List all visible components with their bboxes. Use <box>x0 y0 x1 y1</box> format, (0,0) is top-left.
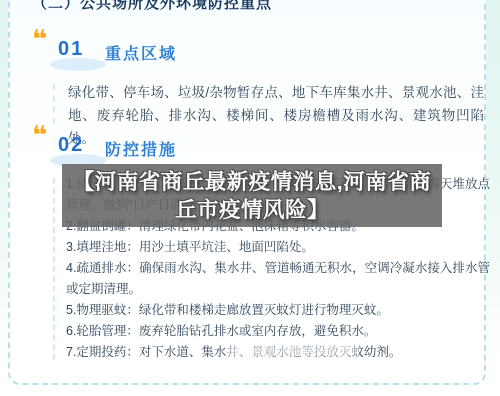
overlay-text-line: 丘市疫情风险】 <box>175 196 329 224</box>
section-number-02: 02 <box>58 134 84 157</box>
list-item: 5.物理驱蚊：绿化带和楼梯走廊放置灭蚊灯进行物理灭蚊。 <box>66 300 490 321</box>
page-title: （二）公共场所及外环境防控重点 <box>32 0 272 13</box>
paragraph-divider-line <box>53 178 55 360</box>
section-title-key-areas: 重点区域 <box>105 41 177 64</box>
section-title-control-measures: 防控措施 <box>105 137 177 160</box>
news-headline-overlay[interactable]: 【河南省商丘最新疫情消息,河南省商 丘市疫情风险】 <box>62 164 442 227</box>
quote-icon: ❝ <box>32 122 47 148</box>
watermark-smudge <box>196 359 368 378</box>
list-item: 3.填埋洼地：用沙土填平坑洼、地面凹陷处。 <box>66 237 490 258</box>
list-item: 4.疏通排水：确保雨水沟、集水井、管道畅通无积水，空调冷凝水接入排水管或定期清理… <box>66 258 490 300</box>
paragraph-divider-line <box>53 84 55 124</box>
list-item: 6.轮胎管理：废弃轮胎钻孔排水或室内存放，避免积水。 <box>66 321 490 342</box>
watermark-smudge <box>228 344 358 357</box>
section-number-01: 01 <box>58 38 84 61</box>
overlay-text-line: 【河南省商丘最新疫情消息,河南省商 <box>73 168 431 196</box>
quote-icon: ❝ <box>32 26 47 52</box>
